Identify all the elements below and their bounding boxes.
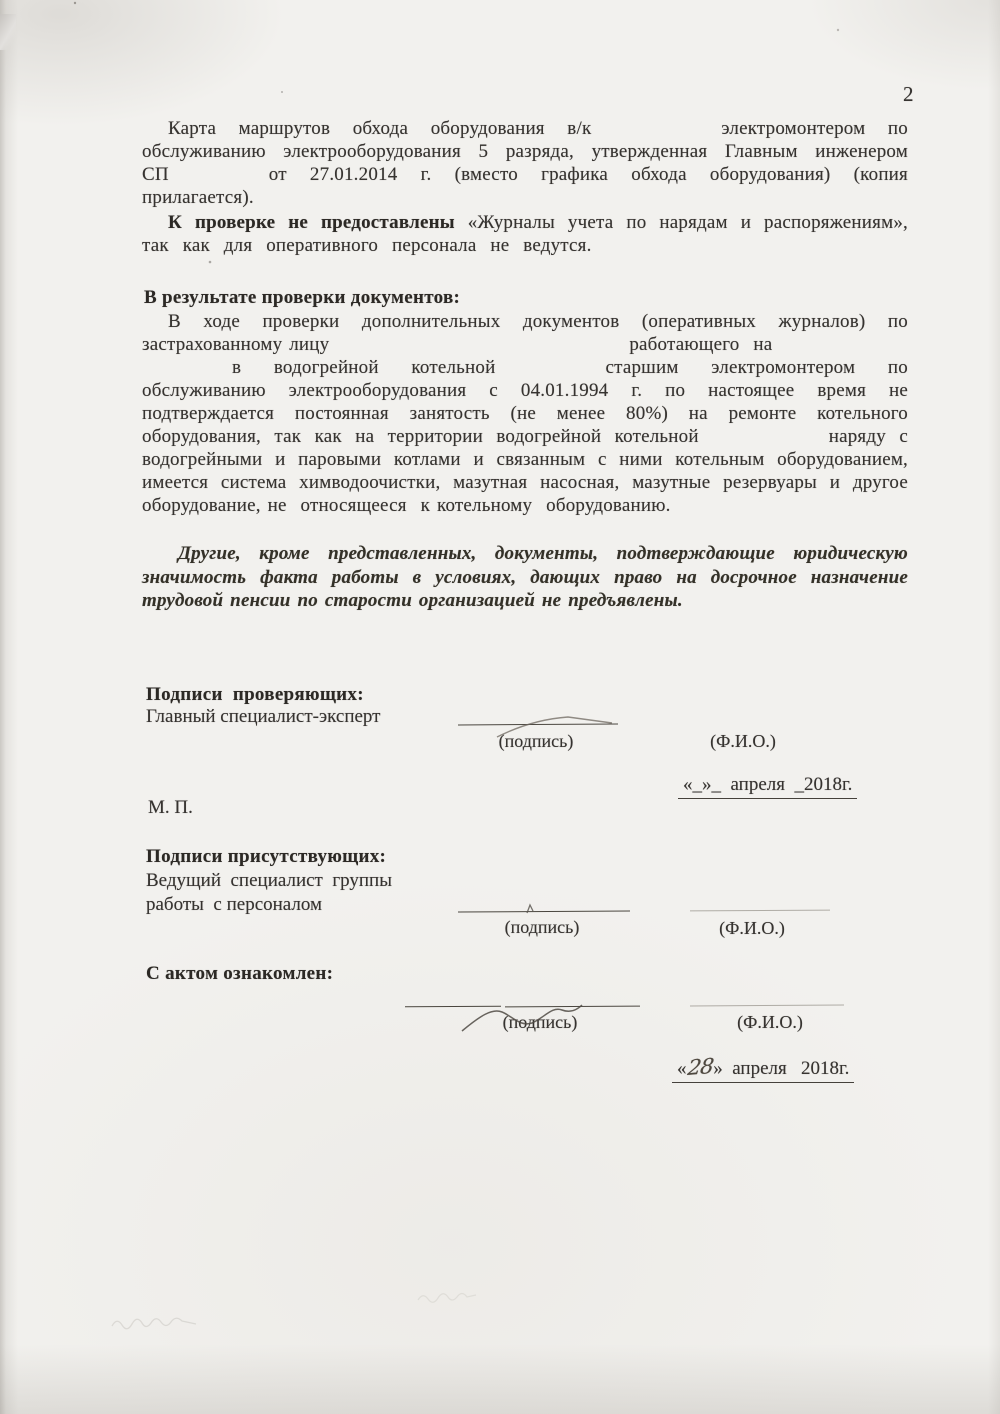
scan-speck <box>837 29 839 31</box>
text-run: наряду с <box>829 426 908 447</box>
fio-caption: (Ф.И.О.) <box>692 918 812 939</box>
signature-line <box>458 910 630 912</box>
blank-field <box>329 349 629 350</box>
text-line: застрахованному лицуработающего на <box>142 333 908 356</box>
text-run: Карта маршрутов обхода оборудования в/к <box>168 118 591 139</box>
text-line: водогрейными и паровыми котлами и связан… <box>142 448 908 471</box>
text-run: электромонтером по <box>721 118 908 139</box>
text-line: подтверждается постоянная занятость (не … <box>142 402 908 425</box>
blank-field <box>142 558 178 559</box>
attendee-role-line2: работы с персоналом <box>146 894 322 916</box>
text-run: «Журналы учета по нарядам и распоряжения… <box>455 212 908 233</box>
text-run: от 27.01.2014 г. (вместо графика обхода … <box>269 164 908 185</box>
text-line: обслуживанию электрооборудования с 04.01… <box>142 379 908 402</box>
signature-line <box>505 1006 640 1008</box>
scan-speck <box>209 261 212 264</box>
page-corner-shadow <box>0 14 16 50</box>
scan-speck <box>74 2 76 4</box>
document-page: 2 Карта маршрутов обхода оборудования в/… <box>0 0 1000 1414</box>
text-run: работающего на <box>629 334 772 355</box>
scan-speck <box>281 91 283 93</box>
paragraph-check-details: В ходе проверки дополнительных документо… <box>142 310 908 517</box>
heading-acknowledged: С актом ознакомлен: <box>146 963 333 985</box>
signature-caption: (подпись) <box>450 731 622 752</box>
date-month-year: апреля 2018г. <box>723 1058 850 1079</box>
text-line: Карта маршрутов обхода оборудования в/кэ… <box>142 117 908 140</box>
heading-check-results: В результате проверки документов: <box>144 287 460 309</box>
text-run: Другие, кроме представленных, документы,… <box>178 543 908 564</box>
text-run: в водогрейной котельной <box>232 357 495 378</box>
blank-field <box>495 372 605 373</box>
pencil-mark-right <box>418 1294 476 1303</box>
bold-text: К проверке не предоставлены <box>168 212 455 233</box>
fio-line <box>690 910 830 912</box>
text-line: обслуживанию электрооборудования 5 разря… <box>142 140 908 163</box>
handwritten-day: 28 <box>685 1054 715 1080</box>
text-run: В ходе проверки дополнительных документо… <box>168 311 908 332</box>
inspector-role: Главный специалист-эксперт <box>146 706 380 728</box>
heading-inspector-signatures: Подписи проверяющих: <box>146 684 364 706</box>
text-line: значимость факта работы в условиях, дающ… <box>142 566 908 590</box>
blank-field <box>142 133 168 134</box>
text-run: оборудования, так как на территории водо… <box>142 426 699 447</box>
text-line: так как для оперативного персонала не ве… <box>142 234 908 257</box>
fio-caption: (Ф.И.О.) <box>688 731 798 752</box>
text-line: имеется система химводоочистки, мазутная… <box>142 471 908 494</box>
paragraph-route-map: Карта маршрутов обхода оборудования в/кэ… <box>142 117 908 209</box>
signature-caption: (подпись) <box>450 1012 630 1033</box>
blank-field <box>142 326 168 327</box>
attendee-role-line1: Ведущий специалист группы <box>146 870 392 892</box>
guillemet-close: » <box>713 1058 723 1079</box>
text-line: оборудования, так как на территории водо… <box>142 425 908 448</box>
pencil-mark-left <box>112 1318 196 1329</box>
stamp-place: М. П. <box>148 797 193 819</box>
blank-field <box>699 441 829 442</box>
text-line: Другие, кроме представленных, документы,… <box>142 542 908 566</box>
fio-line <box>690 1005 844 1007</box>
text-run: застрахованному лицу <box>142 334 329 355</box>
fio-caption: (Ф.И.О.) <box>700 1012 840 1033</box>
text-line: трудовой пенсии по старости организацией… <box>142 589 908 613</box>
heading-attendee-signatures: Подписи присутствующих: <box>146 846 386 868</box>
page-number: 2 <box>903 82 914 107</box>
date-blank-april-2018: «_»_ апреля _2018г. <box>678 774 857 799</box>
blank-field <box>142 372 232 373</box>
signature-line <box>405 1006 501 1008</box>
text-line: К проверке не предоставлены «Журналы уче… <box>142 211 908 234</box>
signature-line <box>458 724 618 726</box>
text-line: в водогрейной котельнойстаршим электромо… <box>142 356 908 379</box>
text-run: СП <box>142 164 169 185</box>
date-acknowledged: «28» апреля 2018г. <box>672 1055 854 1083</box>
blank-field <box>591 133 721 134</box>
paragraph-journals-not-provided: К проверке не предоставлены «Журналы уче… <box>142 211 908 257</box>
signature-caption: (подпись) <box>452 917 632 938</box>
blank-field <box>142 227 168 228</box>
text-line: В ходе проверки дополнительных документо… <box>142 310 908 333</box>
paragraph-other-documents: Другие, кроме представленных, документы,… <box>142 542 908 613</box>
text-line: оборудование, не относящееся к котельном… <box>142 494 908 517</box>
text-line: прилагается). <box>142 186 908 209</box>
text-line: СПот 27.01.2014 г. (вместо графика обход… <box>142 163 908 186</box>
blank-field <box>169 179 269 180</box>
text-run: старшим электромонтером по <box>605 357 908 378</box>
